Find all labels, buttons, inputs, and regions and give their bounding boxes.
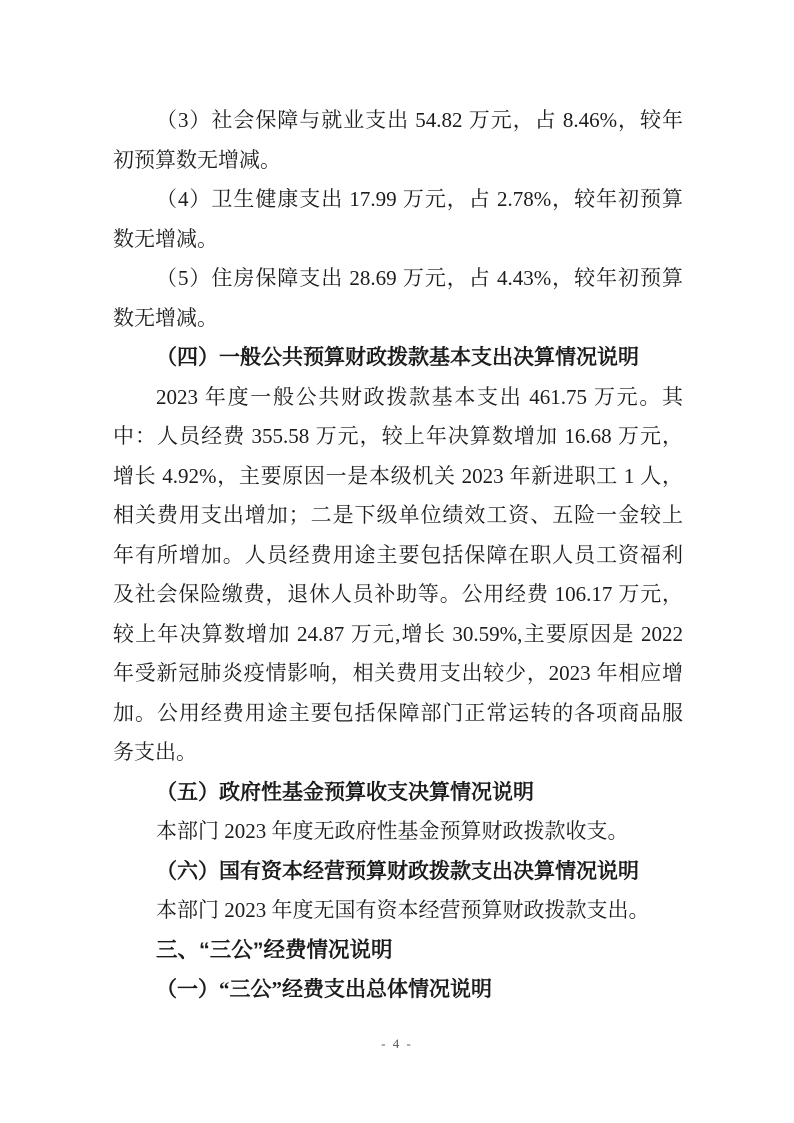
document-page: （3）社会保障与就业支出 54.82 万元，占 8.46%，较年 初预算数无增减… bbox=[0, 0, 794, 1123]
doc-line: 年有所增加。人员经费用途主要包括保障在职人员工资福利 bbox=[113, 536, 683, 576]
doc-line: 2023 年度一般公共财政拨款基本支出 461.75 万元。其 bbox=[113, 378, 683, 418]
doc-line: （3）社会保障与就业支出 54.82 万元，占 8.46%，较年 bbox=[113, 101, 683, 141]
heading-section-6: （六）国有资本经营预算财政拨款支出决算情况说明 bbox=[113, 852, 683, 892]
document-body: （3）社会保障与就业支出 54.82 万元，占 8.46%，较年 初预算数无增减… bbox=[113, 101, 683, 1010]
doc-line: 本部门 2023 年度无政府性基金预算财政拨款收支。 bbox=[113, 812, 683, 852]
doc-line: 加。公用经费用途主要包括保障部门正常运转的各项商品服 bbox=[113, 694, 683, 734]
page-number: - 4 - bbox=[0, 1036, 794, 1052]
heading-section-4: （四）一般公共预算财政拨款基本支出决算情况说明 bbox=[113, 338, 683, 378]
doc-line: （5）住房保障支出 28.69 万元，占 4.43%，较年初预算 bbox=[113, 259, 683, 299]
heading-part-3: 三、“三公”经费情况说明 bbox=[113, 931, 683, 971]
doc-line: 本部门 2023 年度无国有资本经营预算财政拨款支出。 bbox=[113, 891, 683, 931]
doc-line: 较上年决算数增加 24.87 万元,增长 30.59%,主要原因是 2022 bbox=[113, 615, 683, 655]
doc-line: 初预算数无增减。 bbox=[113, 141, 683, 181]
doc-line: 数无增减。 bbox=[113, 220, 683, 260]
heading-section-5: （五）政府性基金预算收支决算情况说明 bbox=[113, 773, 683, 813]
heading-subsection-1: （一）“三公”经费支出总体情况说明 bbox=[113, 970, 683, 1010]
doc-line: 增长 4.92%，主要原因一是本级机关 2023 年新进职工 1 人， bbox=[113, 457, 683, 497]
doc-line: 及社会保险缴费，退休人员补助等。公用经费 106.17 万元， bbox=[113, 575, 683, 615]
doc-line: 中：人员经费 355.58 万元，较上年决算数增加 16.68 万元， bbox=[113, 417, 683, 457]
doc-line: 相关费用支出增加；二是下级单位绩效工资、五险一金较上 bbox=[113, 496, 683, 536]
doc-line: （4）卫生健康支出 17.99 万元，占 2.78%，较年初预算 bbox=[113, 180, 683, 220]
doc-line: 年受新冠肺炎疫情影响，相关费用支出较少，2023 年相应增 bbox=[113, 654, 683, 694]
doc-line: 数无增减。 bbox=[113, 299, 683, 339]
doc-line: 务支出。 bbox=[113, 733, 683, 773]
